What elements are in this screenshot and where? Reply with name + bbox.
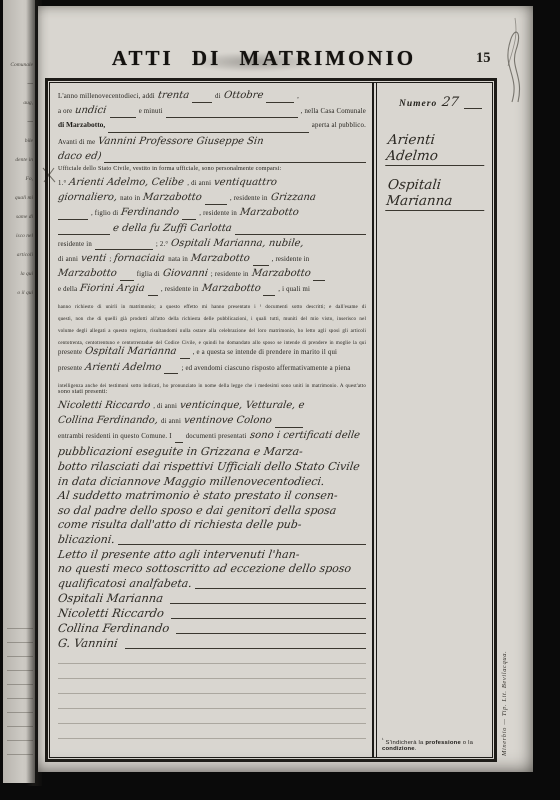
handwritten-text: fornaciaia <box>114 253 166 264</box>
scanned-register-photo: Comunale—aug,—biledente inFo,quali misam… <box>0 0 560 800</box>
printed-text: documenti presentati <box>186 433 247 440</box>
document-line: Ufficiale dello Stato Civile, vestito in… <box>58 166 366 177</box>
blank-line <box>464 107 482 109</box>
printed-text: di anni <box>161 418 181 425</box>
handwritten-text: botto rilasciati dai rispettivi Ufficial… <box>57 460 361 473</box>
form-border-box: L'anno millenovecentodieci, addìtrentadi… <box>45 78 497 762</box>
printed-text: Ufficiale dello Stato Civile, vestito in… <box>58 166 281 172</box>
printed-text: nata in <box>168 256 188 263</box>
document-line: blicazioni. <box>58 533 366 548</box>
handwritten-text: Collina Ferdinando <box>57 621 170 635</box>
printed-text: , di anni <box>187 180 211 187</box>
handwritten-text: Nicoletti Riccardo <box>57 606 165 620</box>
blank-line <box>110 116 136 118</box>
handwritten-text: no questi meco sottoscritto ad eccezione… <box>57 562 352 575</box>
handwritten-text: venticinque, Vetturale, e <box>179 400 305 411</box>
handwritten-text: undici <box>75 105 108 116</box>
handwritten-text: e della fu Zuffi Carlotta <box>112 223 232 234</box>
blank-line <box>164 372 178 374</box>
printed-text: nato in <box>120 195 140 202</box>
register-page: ATTI DI MATRIMONIO 15 L'anno millenovece… <box>38 6 533 772</box>
printed-text: di Marzabotto, <box>58 120 105 129</box>
document-line: 1.°Arienti Adelmo, Celibe, di anniventiq… <box>58 177 366 192</box>
printed-text: ; ed avendomi ciascuno risposto affermat… <box>181 365 350 372</box>
printed-text: entrambi residenti in questo Comune. I <box>58 433 172 440</box>
printed-text: sono stati presenti: <box>58 389 108 395</box>
printed-text: , nella Casa Comunale <box>301 108 366 115</box>
document-line: volume degli allegati a questo registro,… <box>58 322 366 334</box>
printed-text: e minuti <box>139 108 163 115</box>
document-line: giornaliero,nato inMarzabotto, residente… <box>58 192 366 207</box>
printed-text: 1.° <box>58 180 66 187</box>
handwritten-text: Grizzana <box>270 192 316 203</box>
document-line: so dal padre dello sposo e dai genitori … <box>58 504 366 519</box>
document-line: presenteOspitali Marianna, e a questa se… <box>58 346 366 361</box>
page-number: 15 <box>476 50 491 67</box>
document-line <box>58 666 366 681</box>
document-line: Marzabottofiglia diGiovanni; residente i… <box>58 268 366 283</box>
handwritten-text: sono i certificati delle <box>249 430 360 441</box>
handwritten-text: G. Vannini <box>57 636 119 650</box>
blank-line <box>58 233 110 235</box>
blank-line <box>148 294 158 296</box>
document-line: questi, non che di quelli già prodotti a… <box>58 310 366 322</box>
document-line: L'anno millenovecentodieci, addìtrentadi… <box>58 90 366 105</box>
document-line: , figlio diFerdinando, residente inMarza… <box>58 207 366 222</box>
handwritten-text: in data diciannove Maggio millenovecento… <box>57 475 325 488</box>
document-line: di anniventi;fornaciaianata inMarzabotto… <box>58 253 366 268</box>
handwritten-text: Ospitali Marianna <box>57 591 164 605</box>
document-line: a oreundicie minuti, nella Casa Comunale <box>58 105 366 120</box>
numero-value: 27 <box>441 95 460 110</box>
document-line <box>58 711 366 726</box>
printed-text: ; 2.° <box>156 241 168 248</box>
document-line: botto rilasciati dai rispettivi Ufficial… <box>58 460 366 475</box>
printed-text: , i quali mi <box>278 286 310 293</box>
blank-line <box>195 587 366 589</box>
document-line: presenteArienti Adelmo; ed avendomi cias… <box>58 362 366 377</box>
document-line: hanno richiesto di unirli in matrimonio;… <box>58 298 366 310</box>
handwritten-text: Arienti Adelmo <box>84 362 162 373</box>
blank-line <box>266 101 294 103</box>
blank-line <box>253 264 269 266</box>
footnote-bold-professione: professione <box>425 740 461 746</box>
document-line: Nicoletti Riccardo <box>58 606 366 621</box>
margin-column: Numero 27 Arienti Adelmo Ospitali Marian… <box>377 83 492 757</box>
document-line: centotrenta, centotrentuno e centotrenta… <box>58 334 366 346</box>
printed-text: di anni <box>58 256 78 263</box>
blank-line <box>180 357 190 359</box>
blank-line <box>313 279 325 281</box>
document-line: daco ed) <box>58 151 366 166</box>
document-line: come risulta dall'atto di richiesta dell… <box>58 518 366 533</box>
handwritten-text: giornaliero, <box>57 192 118 203</box>
blank-line <box>192 101 212 103</box>
printed-text: , residente in <box>230 195 268 202</box>
handwritten-text: ventinove Colono <box>183 415 272 426</box>
page-header: ATTI DI MATRIMONIO <box>38 46 490 71</box>
footnote-text-after: . <box>415 746 417 752</box>
document-line: G. Vannini <box>58 636 366 651</box>
blank-line <box>170 602 366 604</box>
handwritten-text: Ottobre <box>223 90 264 101</box>
blank-line <box>175 441 183 443</box>
printed-text: , <box>297 93 299 100</box>
printed-text: figlia di <box>137 271 160 278</box>
document-line <box>58 696 366 711</box>
document-line <box>58 681 366 696</box>
blank-line <box>118 543 366 545</box>
handwritten-text: come risulta dall'atto di richiesta dell… <box>57 518 302 531</box>
document-line: no questi meco sottoscritto ad eccezione… <box>58 562 366 577</box>
printed-text: residente in <box>58 241 92 248</box>
handwritten-text: Marzabotto <box>201 283 261 294</box>
printed-text: , di anni <box>153 403 177 410</box>
document-line: e della fu Zuffi Carlotta <box>58 223 366 238</box>
printed-text: aperta al pubblico. <box>312 122 366 129</box>
handwritten-text: Marzabotto <box>142 192 202 203</box>
handwritten-text: Ospitali Marianna <box>84 346 177 357</box>
document-line: qualificatosi analfabeta. <box>58 577 366 592</box>
margin-name-bride: Ospitali Marianna <box>385 177 488 211</box>
blank-line <box>263 294 275 296</box>
blank-line <box>235 233 366 235</box>
document-line: di Marzabotto,aperta al pubblico. <box>58 120 366 135</box>
document-line: residente in; 2.°Ospitali Marianna, nubi… <box>58 238 366 253</box>
document-line: Ospitali Marianna <box>58 591 366 606</box>
handwritten-text: Letto il presente atto agli intervenuti … <box>57 548 300 561</box>
blank-line <box>205 203 227 205</box>
document-line: Avanti di meVannini Professore Giuseppe … <box>58 136 366 151</box>
document-line: Letto il presente atto agli intervenuti … <box>58 548 366 563</box>
blank-line <box>182 218 196 220</box>
handwritten-text: daco ed) <box>57 151 102 162</box>
blank-line <box>58 662 366 664</box>
handwritten-text: Collina Ferdinando, <box>57 415 159 426</box>
printed-text: , residente in <box>199 210 237 217</box>
handwritten-text: Marzabotto <box>190 253 250 264</box>
blank-line <box>58 218 88 220</box>
document-line: entrambi residenti in questo Comune. Ido… <box>58 430 366 445</box>
document-line: sono stati presenti: <box>58 389 366 400</box>
numero-row: Numero 27 <box>387 95 486 110</box>
printed-text: L'anno millenovecentodieci, addì <box>58 93 155 100</box>
printed-text: , residente in <box>161 286 199 293</box>
document-line: Al suddetto matrimonio è stato prestato … <box>58 489 366 504</box>
blank-line <box>166 116 298 118</box>
blank-line <box>104 161 366 163</box>
printed-text: , e a questa se intende di prendere in m… <box>193 349 337 356</box>
document-line: pubblicazioni eseguite in Grizzana e Mar… <box>58 445 366 460</box>
printer-credit: Minerbio — Tip. Lit. Bevilacqua. <box>501 581 508 756</box>
form-inner-box: L'anno millenovecentodieci, addìtrentadi… <box>49 82 493 758</box>
handwritten-text: Marzabotto <box>251 268 311 279</box>
printed-text: ; residente in <box>211 271 249 278</box>
blank-line <box>58 677 366 679</box>
document-line: e dellaFiorini Argia, residente inMarzab… <box>58 283 366 298</box>
blank-line <box>58 722 366 724</box>
handwritten-text: Ospitali Marianna, nubile, <box>171 238 305 249</box>
footnote-text-mid: o la <box>461 740 473 746</box>
document-line: intelligenza anche dei testimoni sotto i… <box>58 377 366 389</box>
printed-text: a ore <box>58 108 72 115</box>
handwritten-text: so dal padre dello sposo e dai genitori … <box>57 504 337 517</box>
document-line: in data diciannove Maggio millenovecento… <box>58 475 366 490</box>
document-line: Collina Ferdinando <box>58 621 366 636</box>
margin-name-groom: Arienti Adelmo <box>385 132 488 166</box>
handwritten-text: Ferdinando <box>121 207 181 218</box>
blank-line <box>125 647 366 649</box>
handwritten-text: ventiquattro <box>213 177 277 188</box>
blank-line <box>275 426 303 428</box>
blank-line <box>171 617 366 619</box>
handwritten-text: Vannini Professore Giuseppe Sin <box>98 136 265 147</box>
handwritten-text: Giovanni <box>162 268 208 279</box>
handwritten-text: Marzabotto <box>57 268 117 279</box>
printed-text: Avanti di me <box>58 139 95 146</box>
handwritten-text: blicazioni. <box>57 533 116 546</box>
printed-text: , residente in <box>272 256 310 263</box>
printed-text: presente <box>58 365 82 372</box>
printed-text: , figlio di <box>91 210 118 217</box>
blank-line <box>120 279 134 281</box>
handwritten-text: Fiorini Argia <box>80 283 146 294</box>
handwritten-text: Nicoletti Riccardo <box>57 400 151 411</box>
numero-label: Numero <box>399 99 437 109</box>
blank-line <box>58 737 366 739</box>
blank-line <box>58 707 366 709</box>
blank-line <box>108 131 309 133</box>
footnote: ¹ S'indicherà la professione o la condiz… <box>382 737 488 752</box>
document-line: Collina Ferdinando,di anniventinove Colo… <box>58 415 366 430</box>
printed-text: presente <box>58 349 82 356</box>
blank-line <box>95 248 153 250</box>
handwritten-text: pubblicazioni eseguite in Grizzana e Mar… <box>57 445 304 458</box>
page-title: ATTI DI MATRIMONIO <box>112 46 416 71</box>
handwritten-text: Al suddetto matrimonio è stato prestato … <box>57 489 339 502</box>
handwritten-text: qualificatosi analfabeta. <box>57 577 193 590</box>
form-lines: L'anno millenovecentodieci, addìtrentadi… <box>50 83 372 757</box>
handwritten-text: trenta <box>157 90 190 101</box>
document-line <box>58 726 366 741</box>
printed-text: di <box>215 93 221 100</box>
document-line <box>58 651 366 666</box>
document-line: Nicoletti Riccardo, di anniventicinque, … <box>58 400 366 415</box>
blank-line <box>58 692 366 694</box>
printed-text: ; <box>109 256 111 263</box>
printed-text: e della <box>58 286 77 293</box>
footnote-bold-condizione: condizione <box>382 746 415 752</box>
handwritten-text: Marzabotto <box>239 207 299 218</box>
handwritten-text: Arienti Adelmo, Celibe <box>69 177 185 188</box>
blank-line <box>176 632 366 634</box>
handwritten-text: venti <box>80 253 107 264</box>
